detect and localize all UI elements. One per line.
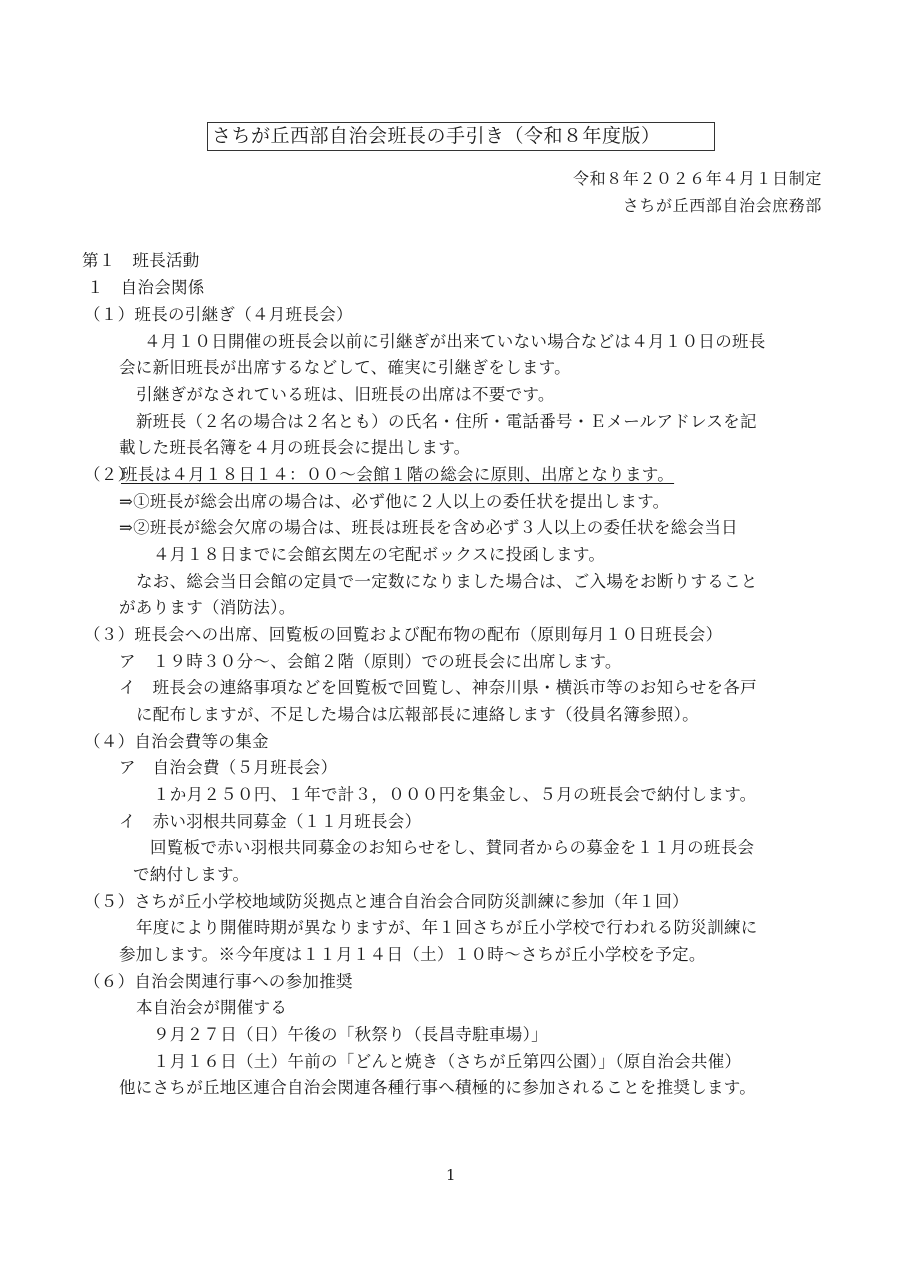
text-line: 参加します。※今年度は１１月１４日（土）１０時～さちが丘小学校を予定。 <box>119 944 706 966</box>
text-line: 会に新旧班長が出席するなどして、確実に引継ぎをします。 <box>119 357 571 379</box>
text-line: なお、総会当日会館の定員で一定数になりました場合は、ご入場をお断りすること <box>136 571 758 593</box>
text-line: （４）自治会費等の集金 <box>84 731 269 753</box>
text-line: 引継ぎがなされている班は、旧班長の出席は不要です。 <box>136 384 555 406</box>
text-line: ⇒②班長が総会欠席の場合は、班長は班長を含め必ず３人以上の委任状を総会当日 <box>119 517 738 539</box>
text-line: １ 自治会関係 <box>87 277 205 299</box>
text-line: （１）班長の引継ぎ（４月班長会） <box>84 304 353 326</box>
text-line: 第１ 班長活動 <box>82 250 200 272</box>
text-line: （６）自治会関連行事への参加推奨 <box>84 971 353 993</box>
text-line: 載した班長名簿を４月の班長会に提出します。 <box>119 437 470 459</box>
text-line: 新班長（２名の場合は２名とも）の氏名・住所・電話番号・Ｅメールアドレスを記 <box>136 411 757 433</box>
text-line: で納付します。 <box>133 864 249 886</box>
text-line: 年度により開催時期が異なりますが、年１回さちが丘小学校で行われる防災訓練に <box>136 917 758 939</box>
issuing-department: さちが丘西部自治会庶務部 <box>623 195 822 217</box>
text-line: ４月１０日開催の班長会以前に引継ぎが出来ていない場合などは４月１０日の班長 <box>144 331 766 353</box>
text-line: 他にさちが丘地区連合自治会関連各種行事へ積極的に参加されることを推奨します。 <box>119 1077 756 1099</box>
text-line: ４月１８日までに会館玄関左の宅配ボックスに投函します。 <box>153 544 605 566</box>
document-title: さちが丘西部自治会班長の手引き（令和８年度版） <box>207 122 715 151</box>
text-line: 回覧板で赤い羽根共同募金のお知らせをし、賛同者からの募金を１１月の班長会 <box>150 837 754 859</box>
text-line: に配布しますが、不足した場合は広報部長に連絡します（役員名簿参照）。 <box>136 704 699 726</box>
text-line: （５）さちが丘小学校地域防災拠点と連合自治会合同防災訓練に参加（年１回） <box>84 891 689 913</box>
text-line: １か月２５０円、１年で計３，０００円を集金し、５月の班長会で納付します。 <box>153 784 756 806</box>
document-page: さちが丘西部自治会班長の手引き（令和８年度版） 令和８年２０２６年４月１日制定 … <box>0 0 904 1280</box>
text-line: ⇒①班長が総会出席の場合は、必ず他に２人以上の委任状を提出します。 <box>119 491 669 513</box>
text-line: ア １９時３０分～、会館２階（原則）での班長会に出席します。 <box>119 651 622 673</box>
enactment-date: 令和８年２０２６年４月１日制定 <box>573 168 822 190</box>
underlined-text-line: 班長は４月１８日１４：００～会館１階の総会に原則、出席となります。 <box>121 464 674 486</box>
text-line: ９月２７日（日）午後の「秋祭り（長昌寺駐車場）」 <box>153 1024 548 1046</box>
text-line: （３）班長会への出席、回覧板の回覧および配布物の配布（原則毎月１０日班長会） <box>84 624 722 646</box>
text-line: １月１６日（土）午前の「どんと焼き（さちが丘第四公園）」（原自治会共催） <box>153 1051 741 1073</box>
page-number: 1 <box>446 1166 456 1184</box>
text-line: イ 班長会の連絡事項などを回覧板で回覧し、神奈川県・横浜市等のお知らせを各戸 <box>119 677 757 699</box>
text-line: イ 赤い羽根共同募金（１１月班長会） <box>119 811 421 833</box>
text-line: 本自治会が開催する <box>136 997 287 1019</box>
text-line: があります（消防法）。 <box>119 597 296 619</box>
text-line: ア 自治会費（５月班長会） <box>119 757 337 779</box>
